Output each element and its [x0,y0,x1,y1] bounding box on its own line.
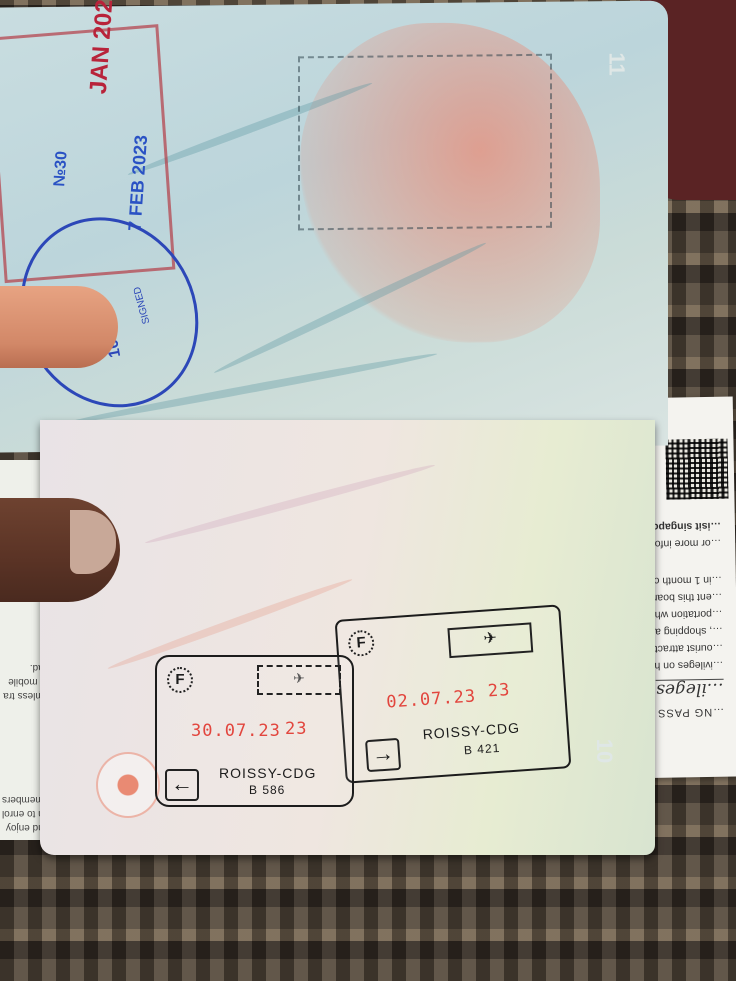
qr-code [665,439,728,500]
france-exit-stamp: F ✈ 30.07.23 23 ← ROISSY-CDG B 586 [155,655,354,807]
stamp-post: 23 [285,719,307,739]
stamp-post: 23 [487,680,511,702]
arrow-left-icon: ← [165,769,199,801]
stamp-place: ROISSY-CDG [422,719,520,742]
stamp-code: B 586 [249,783,285,797]
stamp-date: 02.07.23 [386,686,477,712]
passport-page-11: 11 JAN 2023 №30 7 FEB 2023 16 SIGNED [0,1,668,453]
branch-pattern [144,461,436,546]
index-finger [0,286,118,368]
boarding-pass-heading: …ileges [656,679,724,698]
stamp-signed: SIGNED [132,285,153,325]
faded-stamp [298,54,552,231]
eu-stars-icon: F [347,629,375,657]
airplane-icon: ✈ [257,665,341,695]
stamp-number: №30 [51,151,71,188]
eu-stars-icon: F [167,667,193,693]
page-number: 11 [604,52,630,76]
airplane-icon: ✈ [447,622,533,658]
arrow-right-icon: → [365,738,401,772]
stamp-date: 30.07.23 [191,721,281,741]
stamp-extension-date: 7 FEB 2023 [124,134,152,231]
page-number: 10 [591,739,617,763]
stamp-code: B 421 [463,741,500,758]
france-entry-stamp: F ✈ 02.07.23 23 → ROISSY-CDG B 421 [335,604,572,783]
stamp-place: ROISSY-CDG [219,765,316,781]
stamp-month: JAN 2023 [85,0,120,95]
hologram-emblem [96,752,160,818]
